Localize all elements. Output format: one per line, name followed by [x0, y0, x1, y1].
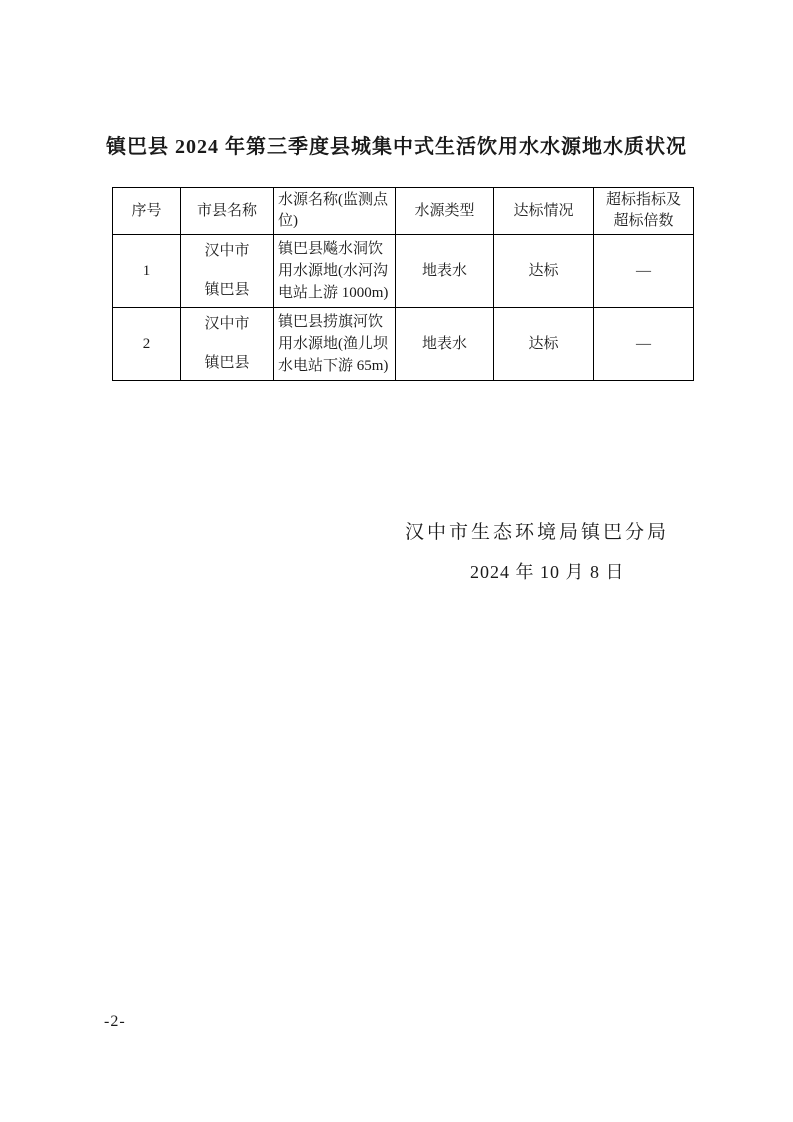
cell-index: 1: [113, 235, 181, 308]
page-title: 镇巴县 2024 年第三季度县城集中式生活饮用水水源地水质状况: [0, 130, 793, 159]
header-source-name: 水源名称(监测点位): [274, 188, 396, 235]
page-number: -2-: [104, 1013, 126, 1031]
header-status: 达标情况: [494, 188, 594, 235]
cell-status: 达标: [494, 235, 594, 308]
header-index: 序号: [113, 188, 181, 235]
cell-exceedance: —: [594, 308, 694, 381]
table-header-row: 序号 市县名称 水源名称(监测点位) 水源类型 达标情况 超标指标及超标倍数: [113, 188, 694, 235]
cell-index: 2: [113, 308, 181, 381]
city-label: 汉中市: [184, 314, 270, 335]
table-row: 1 汉中市 镇巴县 镇巴县飚水洞饮用水源地(水河沟电站上游 1000m) 地表水…: [113, 235, 694, 308]
header-source-type: 水源类型: [396, 188, 494, 235]
county-label: 镇巴县: [184, 280, 270, 301]
signature-agency: 汉中市生态环境局镇巴分局: [405, 517, 669, 544]
header-city-county: 市县名称: [181, 188, 274, 235]
cell-source-name: 镇巴县捞旗河饮用水源地(渔儿坝水电站下游 65m): [274, 308, 396, 381]
cell-city-county: 汉中市 镇巴县: [181, 308, 274, 381]
cell-source-type: 地表水: [396, 308, 494, 381]
cell-source-name: 镇巴县飚水洞饮用水源地(水河沟电站上游 1000m): [274, 235, 396, 308]
city-label: 汉中市: [184, 241, 270, 262]
water-quality-table: 序号 市县名称 水源名称(监测点位) 水源类型 达标情况 超标指标及超标倍数 1…: [112, 187, 694, 381]
table-row: 2 汉中市 镇巴县 镇巴县捞旗河饮用水源地(渔儿坝水电站下游 65m) 地表水 …: [113, 308, 694, 381]
cell-status: 达标: [494, 308, 594, 381]
county-label: 镇巴县: [184, 353, 270, 374]
signature-date: 2024 年 10 月 8 日: [470, 558, 625, 584]
cell-city-county: 汉中市 镇巴县: [181, 235, 274, 308]
cell-exceedance: —: [594, 235, 694, 308]
document-page: 镇巴县 2024 年第三季度县城集中式生活饮用水水源地水质状况 序号 市县名称 …: [0, 0, 793, 1122]
cell-source-type: 地表水: [396, 235, 494, 308]
header-exceedance: 超标指标及超标倍数: [594, 188, 694, 235]
